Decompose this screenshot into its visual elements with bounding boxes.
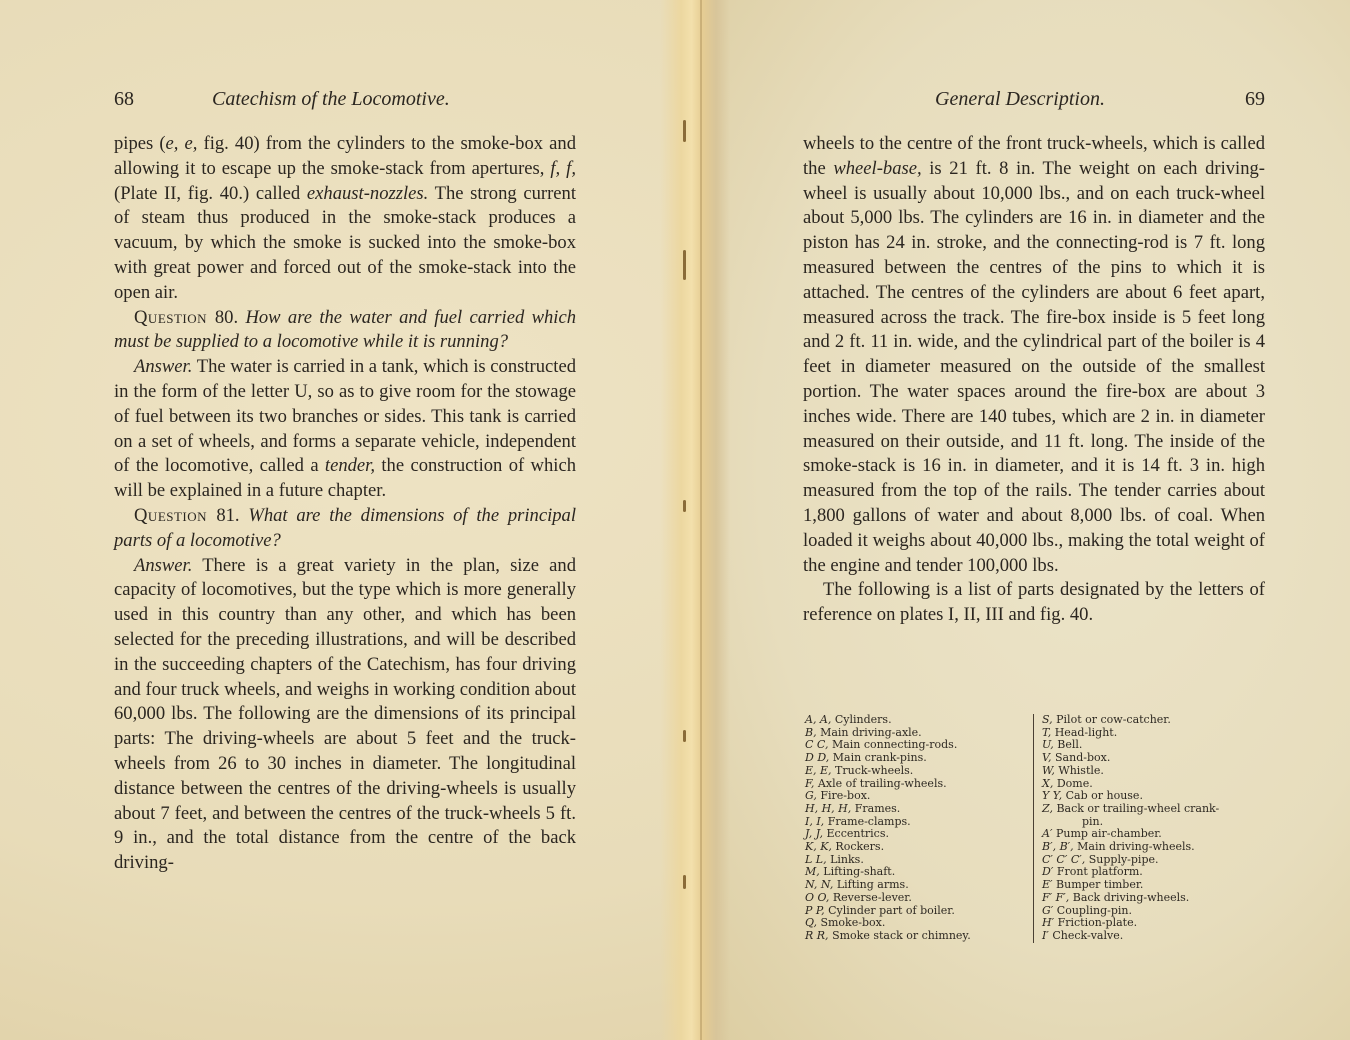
- running-head: General Description. 69: [803, 88, 1265, 118]
- part-name: Coupling-pin.: [1057, 904, 1132, 917]
- italic-term: f, f,: [550, 158, 576, 179]
- reference-letters: A′: [1042, 827, 1056, 840]
- italic-term: wheel-base,: [833, 158, 921, 179]
- part-name: Bell.: [1057, 738, 1082, 751]
- part-name: Check-valve.: [1052, 929, 1123, 942]
- parts-list-left-column: A, A, Cylinders.B, Main driving-axle.C C…: [805, 714, 1030, 943]
- part-name: Dome.: [1057, 777, 1093, 790]
- question-label: Question: [134, 505, 216, 526]
- part-name: Whistle.: [1058, 764, 1104, 777]
- reference-letters: Z,: [1042, 802, 1056, 815]
- parts-list-item: R R, Smoke stack or chimney.: [805, 930, 1030, 943]
- part-name: Friction-plate.: [1058, 916, 1137, 929]
- paragraph: pipes (e, e, fig. 40) from the cylinders…: [114, 132, 576, 306]
- part-name: Reverse-lever.: [833, 891, 912, 904]
- question-number: 80.: [215, 307, 246, 328]
- page-number: 68: [114, 88, 134, 111]
- reference-letters: G′: [1042, 904, 1057, 917]
- paragraph: wheels to the centre of the front truck-…: [803, 132, 1265, 578]
- part-name: Main driving-wheels.: [1077, 840, 1195, 853]
- part-name: Cab or house.: [1066, 789, 1143, 802]
- binding-stitch: [683, 250, 686, 280]
- part-name: Truck-wheels.: [835, 764, 913, 777]
- reference-letters: A, A,: [805, 713, 835, 726]
- part-name: Pilot or cow-catcher.: [1056, 713, 1171, 726]
- part-name: Main crank-pins.: [833, 751, 927, 764]
- reference-letters: P P,: [805, 904, 828, 917]
- reference-letters: J, J,: [805, 827, 827, 840]
- text-run: (Plate II, fig. 40.) called: [114, 183, 307, 204]
- paragraph: Question 80. How are the water and fuel …: [114, 306, 576, 356]
- answer-label: Answer.: [134, 555, 192, 576]
- reference-letters: Q,: [805, 916, 820, 929]
- part-name: Eccentrics.: [827, 827, 889, 840]
- part-name: Frame-clamps.: [828, 815, 911, 828]
- reference-letters: N, N,: [805, 878, 837, 891]
- reference-letters: D D,: [805, 751, 833, 764]
- reference-letters: S,: [1042, 713, 1056, 726]
- reference-letters: L L,: [805, 853, 830, 866]
- running-head-title: Catechism of the Locomotive.: [212, 88, 450, 111]
- part-name: Main connecting-rods.: [832, 738, 957, 751]
- binding-stitch: [683, 120, 686, 142]
- paragraph: Question 81. What are the dimensions of …: [114, 504, 576, 554]
- paragraph: The following is a list of parts designa…: [803, 578, 1265, 628]
- reference-letters: F,: [805, 777, 818, 790]
- reference-letters: E′: [1042, 878, 1056, 891]
- text-run: The following is a list of parts designa…: [803, 579, 1265, 625]
- part-name: Back or trailing-wheel crank-: [1056, 802, 1219, 815]
- reference-letters: C C,: [805, 738, 832, 751]
- reference-letters: I, I,: [805, 815, 828, 828]
- page-number: 69: [1245, 88, 1265, 111]
- reference-letters: Y Y,: [1042, 789, 1066, 802]
- parts-list-item: Z, Back or trailing-wheel crank-: [1042, 803, 1274, 816]
- parts-list-right-column: S, Pilot or cow-catcher.T, Head-light.U,…: [1033, 714, 1274, 943]
- right-page-body: wheels to the centre of the front truck-…: [803, 132, 1265, 628]
- part-name: Smoke stack or chimney.: [832, 929, 971, 942]
- reference-letters: X,: [1042, 777, 1057, 790]
- reference-letters: B′, B′,: [1042, 840, 1077, 853]
- question-number: 81.: [216, 505, 248, 526]
- left-page-body: pipes (e, e, fig. 40) from the cylinders…: [114, 132, 576, 876]
- part-name: Smoke-box.: [820, 916, 885, 929]
- part-name: Bumper timber.: [1056, 878, 1143, 891]
- running-head: 68 Catechism of the Locomotive.: [114, 88, 576, 118]
- reference-letters: O O,: [805, 891, 833, 904]
- reference-letters: D′: [1042, 865, 1057, 878]
- part-name: Supply-pipe.: [1089, 853, 1159, 866]
- reference-letters: V,: [1042, 751, 1055, 764]
- part-name: Main driving-axle.: [820, 726, 922, 739]
- part-name: Links.: [830, 853, 864, 866]
- reference-letters: K, K,: [805, 840, 835, 853]
- part-name: Cylinder part of boiler.: [828, 904, 955, 917]
- reference-letters: M,: [805, 865, 823, 878]
- reference-letters: H′: [1042, 916, 1058, 929]
- part-name: Lifting arms.: [837, 878, 909, 891]
- part-name: Fire-box.: [820, 789, 870, 802]
- part-name: Sand-box.: [1055, 751, 1110, 764]
- reference-letters: I′: [1042, 929, 1052, 942]
- reference-letters: B,: [805, 726, 820, 739]
- part-name: Back driving-wheels.: [1073, 891, 1190, 904]
- part-name: Cylinders.: [835, 713, 892, 726]
- gutter-crease: [700, 0, 702, 1040]
- text-run: There is a great variety in the plan, si…: [114, 555, 576, 874]
- italic-term: tender,: [325, 455, 375, 476]
- running-head-title: General Description.: [935, 88, 1105, 111]
- reference-letters: R R,: [805, 929, 832, 942]
- book-gutter: [660, 0, 730, 1040]
- italic-term: e, e,: [166, 133, 198, 154]
- text-run: pipes (: [114, 133, 166, 154]
- binding-stitch: [683, 875, 686, 889]
- reference-letters: W,: [1042, 764, 1058, 777]
- part-name: Frames.: [855, 802, 901, 815]
- reference-letters: H, H, H,: [805, 802, 855, 815]
- question-label: Question: [134, 307, 215, 328]
- binding-stitch: [683, 500, 686, 512]
- part-name: Axle of trailing-wheels.: [818, 777, 947, 790]
- paragraph: Answer. There is a great variety in the …: [114, 554, 576, 876]
- part-name: Rockers.: [835, 840, 884, 853]
- reference-letters: E, E,: [805, 764, 835, 777]
- reference-letters: U,: [1042, 738, 1057, 751]
- parts-list-item: I′ Check-valve.: [1042, 930, 1274, 943]
- reference-letters: G,: [805, 789, 820, 802]
- reference-letters: T,: [1042, 726, 1055, 739]
- reference-letters: C′ C′ C′,: [1042, 853, 1089, 866]
- part-name: Pump air-chamber.: [1056, 827, 1162, 840]
- part-name: Front platform.: [1057, 865, 1143, 878]
- part-name: Lifting-shaft.: [823, 865, 895, 878]
- italic-term: exhaust-nozzles.: [307, 183, 428, 204]
- answer-label: Answer.: [134, 356, 192, 377]
- reference-letters: F′ F′,: [1042, 891, 1073, 904]
- text-run: is 21 ft. 8 in. The weight on each drivi…: [803, 158, 1265, 576]
- binding-stitch: [683, 730, 686, 742]
- paragraph: Answer. The water is carried in a tank, …: [114, 355, 576, 504]
- part-name: Head-light.: [1055, 726, 1118, 739]
- book-spread: 68 Catechism of the Locomotive. pipes (e…: [0, 0, 1350, 1040]
